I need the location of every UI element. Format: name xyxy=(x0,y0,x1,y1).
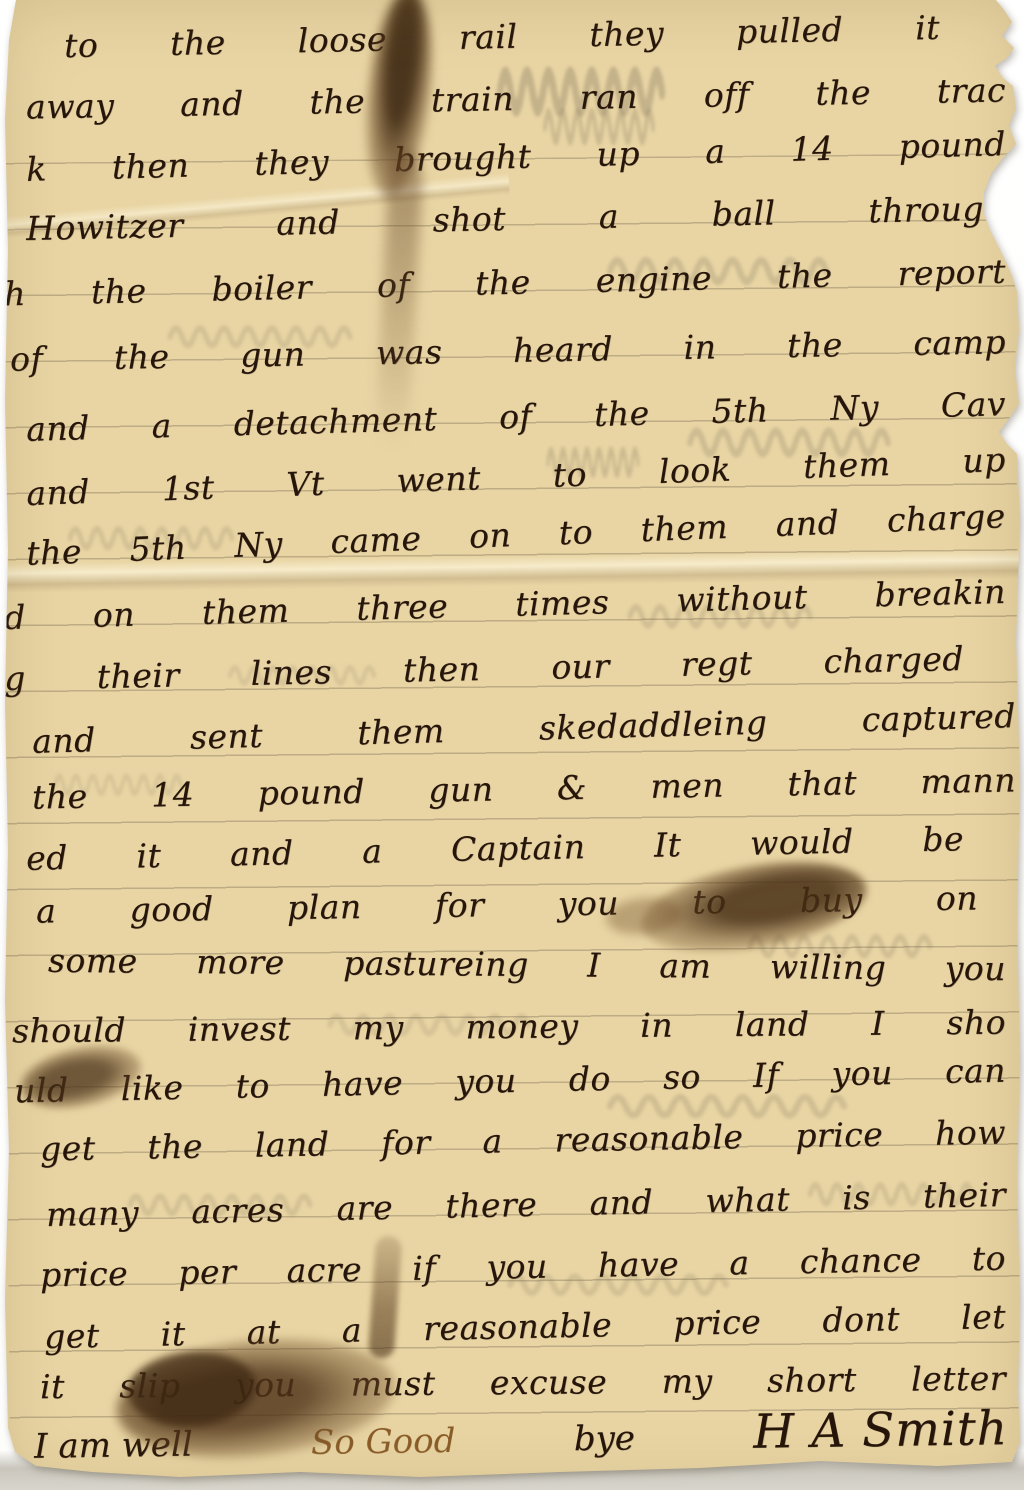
letter-line-18: uld like to have you do so If you can xyxy=(14,1050,1007,1112)
closing-bye: bye xyxy=(574,1418,636,1460)
letter-line-17: should invest my money in land I sho xyxy=(12,1002,1006,1052)
letter-line-13: the 14 pound gun & men that mann xyxy=(32,759,1017,817)
closing-text: I am well xyxy=(34,1425,193,1468)
letter-line-7: and a detachment of the 5th Ny Cav xyxy=(26,383,1007,450)
letter-line-4: Howitzer and shot a ball throug xyxy=(26,188,985,249)
letter-body: to the loose rail they pulled it away an… xyxy=(0,0,1024,1490)
letter-line-11: g their lines then our regt charged xyxy=(4,638,965,699)
signature: H A Smith xyxy=(753,1401,1009,1461)
letter-line-22: get it at a reasonable price dont let xyxy=(44,1296,1007,1357)
letter-line-20: many acres are there and what is their xyxy=(46,1174,1007,1235)
letter-line-19: get the land for a reasonable price how xyxy=(40,1112,1007,1170)
letter-page-wrap: to the loose rail they pulled it away an… xyxy=(0,0,1024,1490)
letter-line-12: and sent them skedaddleing captured xyxy=(32,695,1017,762)
letter-line-21: price per acre if you have a chance to xyxy=(40,1238,1007,1296)
letter-line-14: ed it and a Captain It would be xyxy=(26,818,965,879)
letter-line-16: some more pastureing I am willing you xyxy=(48,940,1006,990)
letter-line-10: d on them three times without breakin xyxy=(4,571,1007,638)
letter-line-23: it slip you must excuse my short letter xyxy=(40,1358,1006,1408)
letter-line-3: k then they brought up a 14 pound xyxy=(26,123,1007,190)
scanned-letter: to the loose rail they pulled it away an… xyxy=(0,0,1024,1490)
closing-faded-text: So Good xyxy=(311,1421,456,1464)
letter-line-15: a good plan for you to buy on xyxy=(36,877,978,931)
letter-page: to the loose rail they pulled it away an… xyxy=(0,0,1024,1490)
letter-line-5: h the boiler of the engine the report xyxy=(4,251,1007,315)
letter-line-6: of the gun was heard in the camp xyxy=(10,321,1007,380)
letter-closing-line: I am well So Good bye H A Smith xyxy=(34,1401,1009,1471)
letter-line-1: to the loose rail they pulled it xyxy=(64,7,941,67)
letter-line-2: away and the train ran off the trac xyxy=(26,69,1007,127)
